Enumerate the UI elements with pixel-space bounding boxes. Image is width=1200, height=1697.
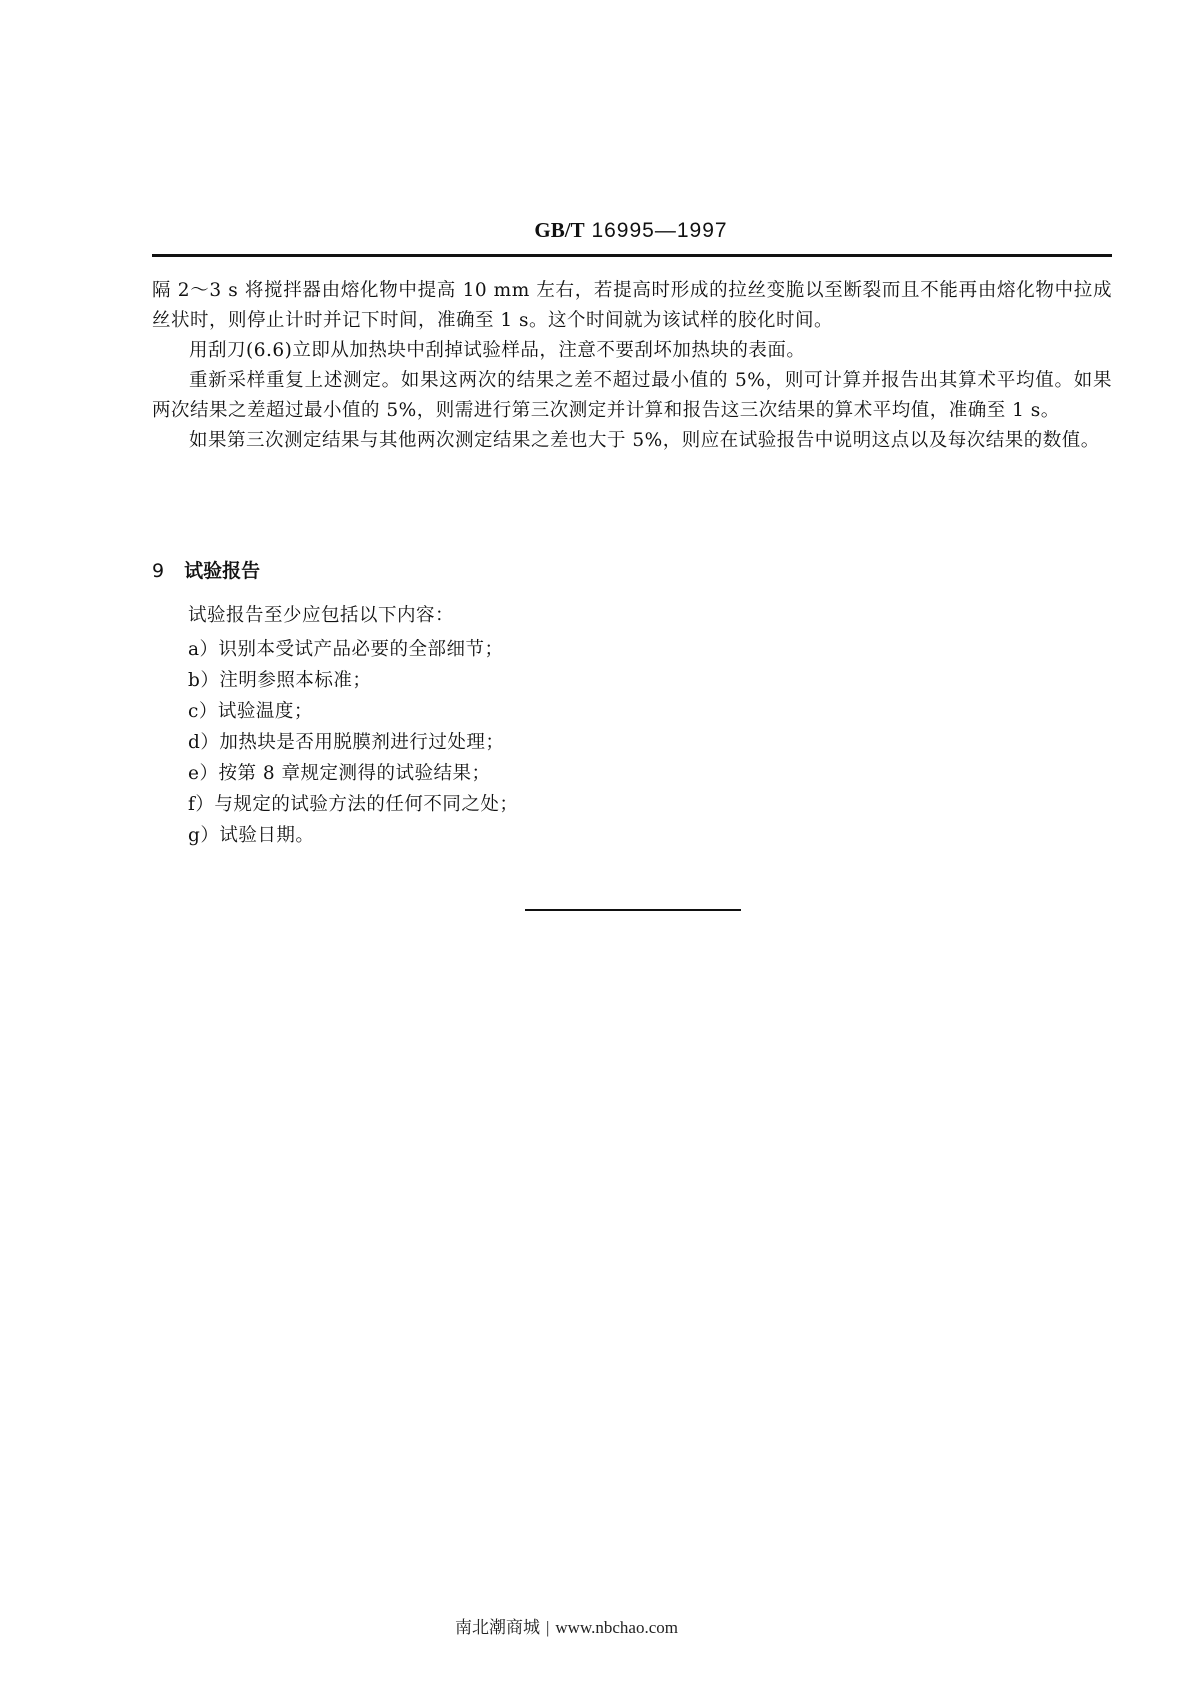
list-marker: f） <box>188 789 214 820</box>
section-number: 9 <box>152 560 164 582</box>
section-title: 试验报告 <box>184 560 260 582</box>
footer-url[interactable]: www.nbchao.com <box>555 1618 678 1637</box>
section-heading: 9试验报告 <box>152 556 260 586</box>
list-marker: e） <box>188 758 218 789</box>
list-marker: d） <box>188 727 219 758</box>
report-intro: 试验报告至少应包括以下内容： <box>188 600 1088 631</box>
list-item-text: 试验温度； <box>218 701 313 722</box>
list-marker: g） <box>188 820 219 851</box>
footer-watermark: 南北潮商城|www.nbchao.com <box>0 1613 1133 1638</box>
list-marker: b） <box>188 665 219 696</box>
list-marker: c） <box>188 696 218 727</box>
list-item-text: 加热块是否用脱膜剂进行过处理； <box>219 732 504 753</box>
list-item: e）按第 8 章规定测得的试验结果； <box>188 758 1088 789</box>
standard-number: 16995—1997 <box>591 219 727 242</box>
paragraph-repeat-measurement: 重新采样重复上述测定。如果这两次的结果之差不超过最小值的 5%，则可计算并报告出… <box>152 366 1112 426</box>
list-item: a）识别本受试产品必要的全部细节； <box>188 634 1088 665</box>
list-item-text: 按第 8 章规定测得的试验结果； <box>218 763 490 784</box>
body-paragraphs: 隔 2～3 s 将搅拌器由熔化物中提高 10 mm 左右，若提高时形成的拉丝变脆… <box>152 276 1112 456</box>
paragraph-third-result: 如果第三次测定结果与其他两次测定结果之差也大于 5%，则应在试验报告中说明这点以… <box>152 426 1112 456</box>
list-marker: a） <box>188 634 219 665</box>
list-item-text: 与规定的试验方法的任何不同之处； <box>214 794 518 815</box>
footer-separator: | <box>546 1618 549 1637</box>
list-item: c）试验温度； <box>188 696 1088 727</box>
paragraph-gel-time: 隔 2～3 s 将搅拌器由熔化物中提高 10 mm 左右，若提高时形成的拉丝变脆… <box>152 276 1112 336</box>
end-of-document-divider <box>525 909 741 911</box>
report-items-list: a）识别本受试产品必要的全部细节； b）注明参照本标准； c）试验温度； d）加… <box>188 634 1088 851</box>
list-item: d）加热块是否用脱膜剂进行过处理； <box>188 727 1088 758</box>
list-item-text: 识别本受试产品必要的全部细节； <box>219 639 504 660</box>
header-divider <box>152 254 1112 257</box>
paragraph-scrape-sample: 用刮刀(6.6)立即从加热块中刮掉试验样品，注意不要刮坏加热块的表面。 <box>152 336 1112 366</box>
list-item-text: 试验日期。 <box>219 825 314 846</box>
list-item: b）注明参照本标准； <box>188 665 1088 696</box>
list-item: f）与规定的试验方法的任何不同之处； <box>188 789 1088 820</box>
standard-prefix: GB/T <box>534 218 584 242</box>
document-header-code: GB/T 16995—1997 <box>0 218 1200 243</box>
list-item: g）试验日期。 <box>188 820 1088 851</box>
list-item-text: 注明参照本标准； <box>219 670 371 691</box>
report-requirements: 试验报告至少应包括以下内容： a）识别本受试产品必要的全部细节； b）注明参照本… <box>188 600 1088 851</box>
footer-site-name: 南北潮商城 <box>455 1618 540 1637</box>
